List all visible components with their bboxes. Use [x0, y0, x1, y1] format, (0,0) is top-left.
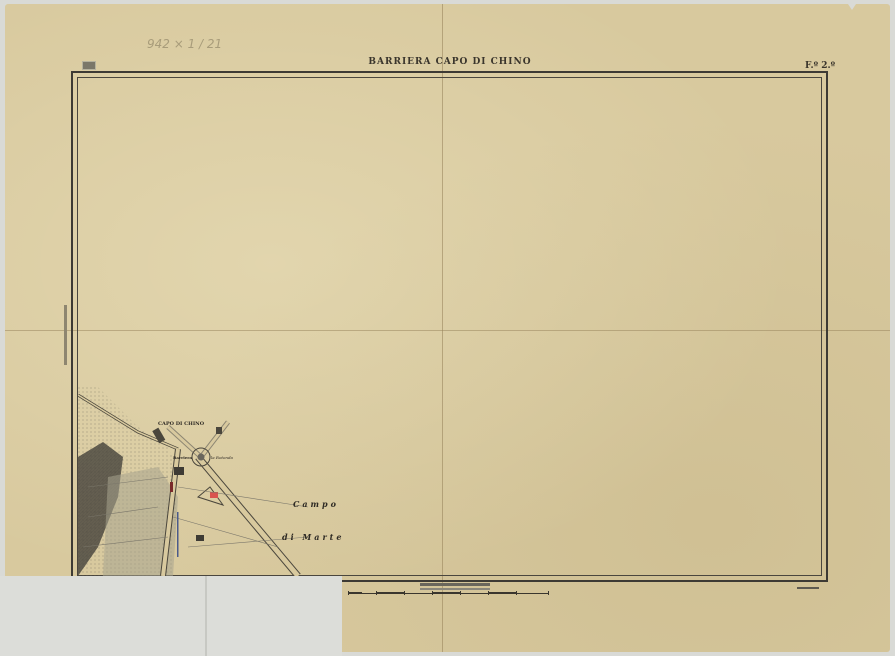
label-di-marte: di Marte: [282, 532, 344, 542]
label-campo: Campo: [293, 499, 339, 509]
pencil-annotation: 942 × 1 / 21: [147, 37, 222, 51]
scale-bar: [348, 580, 558, 600]
collection-stamp: [82, 61, 96, 70]
map-drawing: CAPO DI CHINO Barriera la Rotonda: [78, 387, 308, 576]
imprint-text: [797, 587, 819, 589]
scale-caption-2: [420, 588, 490, 590]
label-capo-di-chino: CAPO DI CHINO: [158, 421, 205, 427]
label-rotonda: la Rotonda: [211, 455, 234, 460]
missing-paper-section: [0, 576, 342, 656]
sheet-number: F.º 2.º: [805, 61, 835, 71]
map-title: BARRIERA CAPO DI CHINO: [360, 57, 540, 67]
scale-caption-1: [420, 583, 490, 586]
label-barriera: Barriera: [173, 455, 192, 460]
margin-note: [64, 305, 67, 365]
map-drawing-svg: CAPO DI CHINO Barriera la Rotonda: [78, 387, 308, 576]
